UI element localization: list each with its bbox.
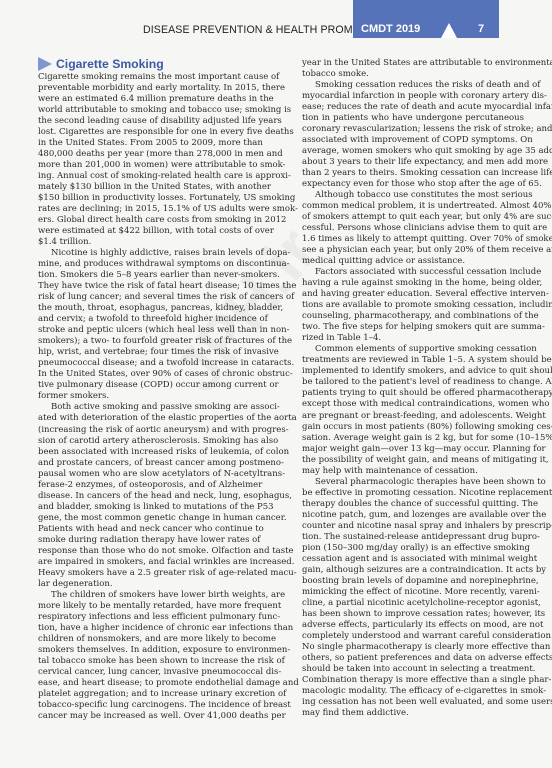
text-line: the mouth, throat, esophagus, pancreas, … xyxy=(38,303,260,314)
text-line: tion in patients who have undergone perc… xyxy=(302,113,524,124)
text-line: gain, although seizures are a contraindi… xyxy=(302,565,524,576)
left-column: Cigarette smoking remains the most impor… xyxy=(38,72,260,722)
text-line: and bladder, smoking is linked to mutati… xyxy=(38,502,260,513)
text-line: been associated with increased risks of … xyxy=(38,447,260,458)
text-line: expectancy even for those who stop after… xyxy=(302,179,524,190)
text-line: response than those who do not smoke. Ol… xyxy=(38,546,260,557)
text-line: are pregnant or breast-feeding, and adol… xyxy=(302,411,524,422)
text-line: were estimated at $422 billion, with tot… xyxy=(38,226,260,237)
text-line: ease; reduces the rate of death and acut… xyxy=(302,102,524,113)
text-line: Several pharmacologic therapies have bee… xyxy=(302,477,524,488)
text-line: tion, have a higher incidence of chronic… xyxy=(38,623,260,634)
text-line: ated with deterioration of the elastic p… xyxy=(38,413,260,424)
text-line: They have twice the risk of fatal heart … xyxy=(38,281,260,292)
text-line: associated with improvement of COPD symp… xyxy=(302,135,524,146)
text-line: tion. The sustained-release antidepressa… xyxy=(302,532,524,543)
triangle-up-icon xyxy=(441,23,457,38)
text-line: major weight gain—over 13 kg—may occur. … xyxy=(302,444,524,455)
book-badge: CMDT 2019 7 xyxy=(353,0,499,38)
text-line: average, women smokers who quit smoking … xyxy=(302,146,524,157)
right-column: year in the United States are attributab… xyxy=(302,58,524,719)
text-line: (increasing the risk of aortic aneurysm)… xyxy=(38,425,260,436)
text-line: more likely to be mentally retarded, hav… xyxy=(38,601,260,612)
text-line: risk of lung cancer; and several times t… xyxy=(38,292,260,303)
text-line: smokers themselves. In addition, exposur… xyxy=(38,645,260,656)
text-line: implemented to identify smokers, and adv… xyxy=(302,366,524,377)
text-line: ease, and heart disease; to promote endo… xyxy=(38,678,260,689)
text-line: the possibility of weight gain, and mean… xyxy=(302,455,524,466)
text-line: and cervix; a twofold to threefold highe… xyxy=(38,314,260,325)
text-line: Although tobacco use constitutes the mos… xyxy=(302,190,524,201)
text-line: more than 201,000 in women) were attribu… xyxy=(38,160,260,171)
text-line: In the United States, over 90% of cases … xyxy=(38,369,260,380)
text-line: sion of carotid artery atherosclerosis. … xyxy=(38,436,260,447)
text-line: completely understood and warrant carefu… xyxy=(302,631,524,642)
text-line: Nicotine is highly addictive, raises bra… xyxy=(38,248,260,259)
text-line: about 3 years to their life expectancy, … xyxy=(302,157,524,168)
text-line: common medical problem, it is undertreat… xyxy=(302,201,524,212)
text-line: tobacco smoke. xyxy=(302,69,524,80)
text-line: should be taken into account in selectin… xyxy=(302,664,524,675)
text-line: therapy doubles the chance of successful… xyxy=(302,499,524,510)
text-line: Factors associated with successful cessa… xyxy=(302,267,524,278)
text-line: stroke and peptic ulcers (which heal les… xyxy=(38,325,260,336)
text-line: 1.6 times as likely to attempt quitting.… xyxy=(302,234,524,245)
text-line: mine, and produces withdrawal symptoms o… xyxy=(38,259,260,270)
text-line: except those with medical contraindicati… xyxy=(302,399,524,410)
text-line: adverse effects, particularly its effect… xyxy=(302,620,524,631)
text-line: than 2 years to theirs. Smoking cessatio… xyxy=(302,168,524,179)
text-line: counseling, pharmacotherapy, and combina… xyxy=(302,311,524,322)
text-line: others, so patient preferences and data … xyxy=(302,653,524,664)
text-line: pneumococcal disease; and a twofold incr… xyxy=(38,358,260,369)
text-line: hip, wrist, and vertebrae; four times th… xyxy=(38,347,260,358)
text-line: 480,000 deaths per year (more than 278,0… xyxy=(38,149,260,160)
text-line: the second leading cause of disability a… xyxy=(38,116,260,127)
text-line: be effective in promoting cessation. Nic… xyxy=(302,488,524,499)
page-number: 7 xyxy=(478,23,484,35)
text-line: Heavy smokers have a 2.5 greater risk of… xyxy=(38,568,260,579)
text-line: rized in Table 1–4. xyxy=(302,333,524,344)
text-line: boosting brain levels of dopamine and no… xyxy=(302,576,524,587)
text-line: Both active smoking and passive smoking … xyxy=(38,402,260,413)
text-line: ing cessation has not been well evaluate… xyxy=(302,697,524,708)
text-line: in the United States. From 2005 to 2009,… xyxy=(38,138,260,149)
text-line: mimicking the effect of nicotine. More r… xyxy=(302,587,524,598)
text-line: see a physician each year, but only 20% … xyxy=(302,245,524,256)
text-line: are impaired in smokers, and facial wrin… xyxy=(38,557,260,568)
text-line: macologic modality. The efficacy of e-ci… xyxy=(302,686,524,697)
text-line: gain occurs in most patients (80%) follo… xyxy=(302,422,524,433)
text-line: of smokers attempt to quit each year, bu… xyxy=(302,212,524,223)
text-line: Cigarette smoking remains the most impor… xyxy=(38,72,260,83)
text-line: and prostate cancers, of breast cancer a… xyxy=(38,458,260,469)
text-line: treatments are reviewed in Table 1–5. A … xyxy=(302,355,524,366)
text-line: tion. Smokers die 5–8 years earlier than… xyxy=(38,270,260,281)
text-line: two. The five steps for helping smokers … xyxy=(302,322,524,333)
text-line: cessation agent and is associated with m… xyxy=(302,554,524,565)
section-title: Cigarette Smoking xyxy=(56,57,164,71)
book-label: CMDT 2019 xyxy=(361,23,420,35)
text-line: Patients with head and neck cancer who c… xyxy=(38,524,260,535)
text-line: ers. Global direct health care costs fro… xyxy=(38,215,260,226)
text-line: cervical cancer, lung cancer, invasive p… xyxy=(38,667,260,678)
text-line: The children of smokers have lower birth… xyxy=(38,590,260,601)
text-line: rates are declining; in 2015, 15.1% of U… xyxy=(38,204,260,215)
text-line: children of nonsmokers, and are more lik… xyxy=(38,634,260,645)
text-line: ing. Annual cost of smoking-related heal… xyxy=(38,171,260,182)
text-line: counter and nicotine nasal spray and inh… xyxy=(302,521,524,532)
text-line: lar degeneration. xyxy=(38,579,260,590)
text-line: sation. Average weight gain is 2 kg, but… xyxy=(302,433,524,444)
text-line: may find them addictive. xyxy=(302,708,524,719)
running-title: DISEASE PREVENTION & HEALTH PROMOTION xyxy=(143,24,387,36)
text-line: Common elements of supportive smoking ce… xyxy=(302,344,524,355)
text-line: tobacco-specific lung carcinogens. The i… xyxy=(38,700,260,711)
text-line: patients trying to quit should be offere… xyxy=(302,388,524,399)
section-heading: Cigarette Smoking xyxy=(38,57,164,71)
text-line: pion (150–300 mg/day orally) is an effec… xyxy=(302,543,524,554)
text-line: may help with maintenance of cessation. xyxy=(302,466,524,477)
text-line: were an estimated 6.4 million premature … xyxy=(38,94,260,105)
text-line: Combination therapy is more effective th… xyxy=(302,675,524,686)
text-line: disease. In cancers of the head and neck… xyxy=(38,491,260,502)
text-line: myocardial infarction in people with cor… xyxy=(302,91,524,102)
triangle-right-icon xyxy=(38,57,52,71)
text-line: medical quitting advice or assistance. xyxy=(302,256,524,267)
text-line: world attributable to smoking and tobacc… xyxy=(38,105,260,116)
text-line: $1.4 trillion. xyxy=(38,237,260,248)
text-line: smokers); a two- to fourfold greater ris… xyxy=(38,336,260,347)
text-line: tal tobacco smoke has been shown to incr… xyxy=(38,656,260,667)
text-line: mately $130 billion in the United States… xyxy=(38,182,260,193)
text-line: and having greater education. Several ef… xyxy=(302,289,524,300)
text-line: has been shown to improve cessation rate… xyxy=(302,609,524,620)
text-line: lost. Cigarettes are responsible for one… xyxy=(38,127,260,138)
text-line: $150 billion in productivity losses. For… xyxy=(38,193,260,204)
text-line: tive pulmonary disease (COPD) occur amon… xyxy=(38,380,260,391)
text-line: coronary revascularization; lessens the … xyxy=(302,124,524,135)
text-line: cancer may be increased as well. Over 41… xyxy=(38,711,260,722)
text-line: respiratory infections and less efficien… xyxy=(38,612,260,623)
text-line: preventable morbidity and early mortalit… xyxy=(38,83,260,94)
text-line: ferase-2 enzymes, of osteoporosis, and o… xyxy=(38,480,260,491)
text-line: cline, a partial nicotinic acetylcholine… xyxy=(302,598,524,609)
text-line: cessful. Persons whose clinicians advise… xyxy=(302,223,524,234)
text-line: smoke during radiation therapy have lowe… xyxy=(38,535,260,546)
text-line: platelet aggregation; and to increase ur… xyxy=(38,689,260,700)
text-line: tions are available to promote smoking c… xyxy=(302,300,524,311)
text-line: gene, the most common genetic change in … xyxy=(38,513,260,524)
text-line: former smokers. xyxy=(38,391,260,402)
text-line: pausal women who are slow acetylators of… xyxy=(38,469,260,480)
text-line: year in the United States are attributab… xyxy=(302,58,524,69)
text-line: be tailored to the patient's level of re… xyxy=(302,377,524,388)
text-line: having a rule against smoking in the hom… xyxy=(302,278,524,289)
text-line: nicotine patch, gum, and lozenges are av… xyxy=(302,510,524,521)
text-line: No single pharmacotherapy is clearly mor… xyxy=(302,642,524,653)
text-line: Smoking cessation reduces the risks of d… xyxy=(302,80,524,91)
